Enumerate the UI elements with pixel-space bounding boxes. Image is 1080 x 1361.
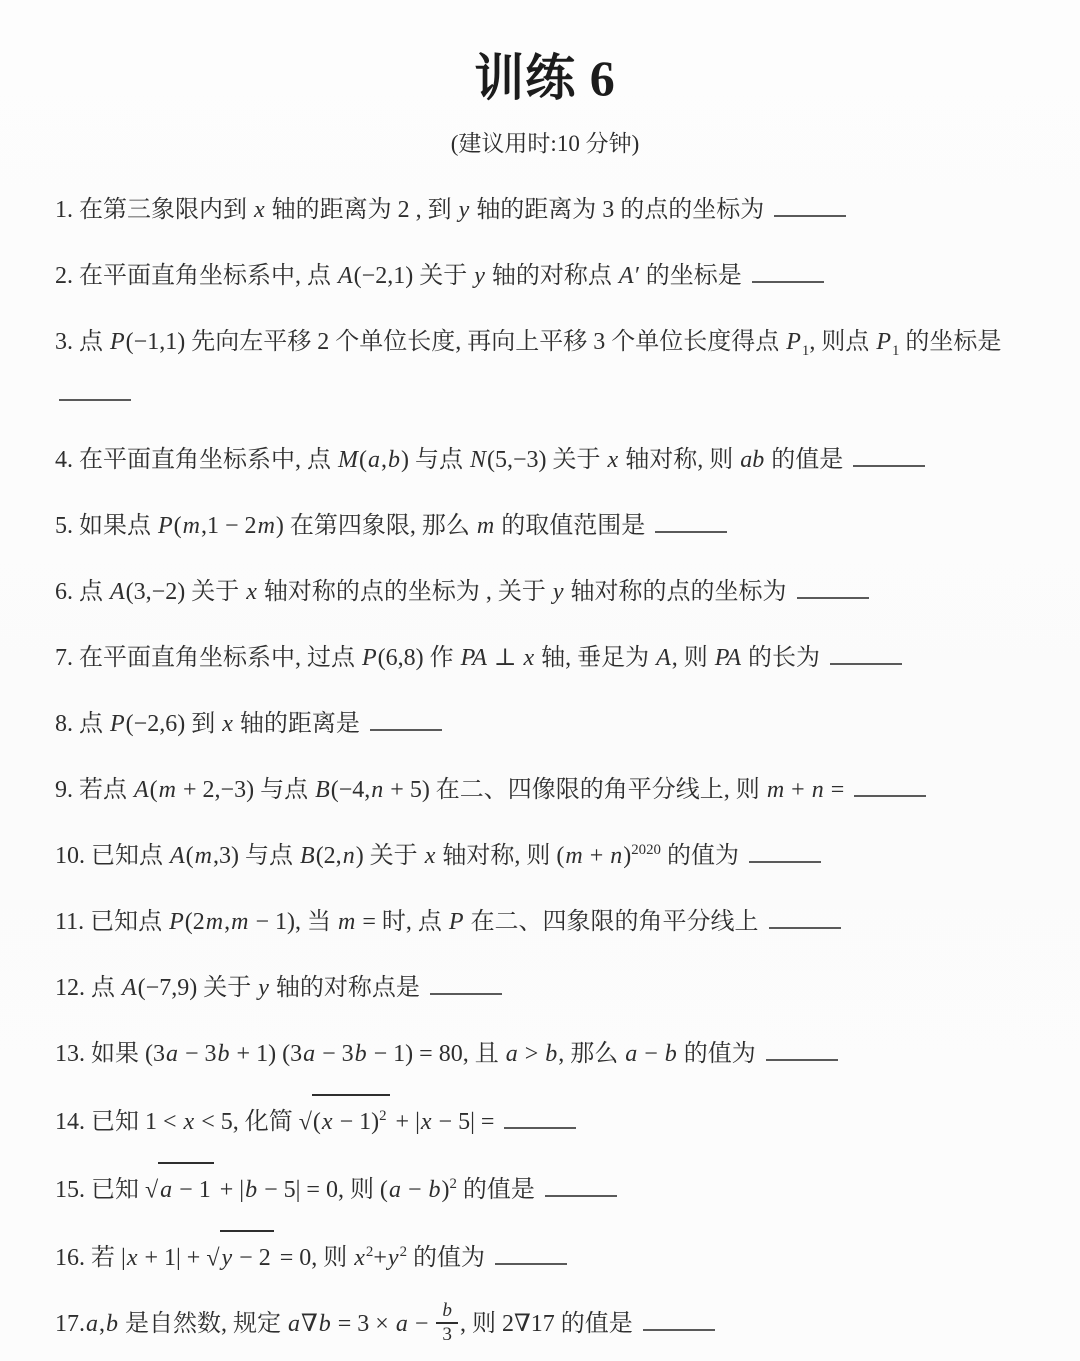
fraction-denominator: 3	[436, 1324, 458, 1346]
math-variable: m	[194, 843, 213, 869]
question-number: 13.	[55, 1041, 91, 1067]
question-item-3: 3. 点 P(−1,1) 先向左平移 2 个单位长度, 再向上平移 3 个单位长…	[55, 316, 1035, 420]
question-text: (−7,9) 关于	[138, 975, 258, 1001]
math-variable: P	[361, 645, 378, 671]
math-variable: PA	[714, 645, 742, 671]
question-text: +	[373, 1245, 387, 1271]
radicand: a − 1	[158, 1162, 214, 1216]
question-number: 5.	[55, 513, 79, 539]
math-variable: n	[370, 777, 384, 803]
answer-blank	[752, 256, 824, 283]
question-text: (6,8) 作	[378, 645, 460, 671]
question-text: (	[150, 777, 158, 803]
question-text: 的值为	[407, 1245, 491, 1271]
question-item-8: 8. 点 P(−2,6) 到 x 轴的距离是	[55, 698, 1035, 750]
answer-blank	[853, 440, 925, 467]
math-variable: a	[624, 1041, 638, 1067]
math-variable: P	[785, 329, 802, 355]
question-text: 在第三象限内到	[79, 197, 253, 223]
question-item-15: 15. 已知 √a − 1 + |b − 5| = 0, 则 (a − b)2 …	[55, 1162, 1035, 1216]
question-text: (5,−3) 关于	[487, 447, 607, 473]
math-variable: y	[257, 975, 270, 1001]
math-variable: a	[395, 1311, 409, 1337]
math-variable: a	[505, 1041, 519, 1067]
question-text: (3,−2) 关于	[126, 579, 246, 605]
question-text: − 3	[316, 1041, 354, 1067]
math-variable: M	[337, 447, 359, 473]
question-number: 9.	[55, 777, 79, 803]
question-text: − 3	[179, 1041, 217, 1067]
math-variable: x	[353, 1245, 366, 1271]
answer-blank	[430, 968, 502, 995]
question-text: (−2,1) 关于	[354, 263, 474, 289]
question-text: 的值为	[661, 843, 745, 869]
math-variable: P	[448, 909, 465, 935]
math-variable: y	[387, 1245, 400, 1271]
superscript: 2	[379, 1108, 386, 1124]
answer-blank	[830, 638, 902, 665]
question-text: (	[313, 1109, 321, 1135]
question-text: 点	[91, 975, 121, 1001]
question-text: (−1,1) 先向左平移 2 个单位长度, 再向上平移 3 个单位长度得点	[126, 329, 786, 355]
math-variable: m	[766, 777, 785, 803]
question-item-12: 12. 点 A(−7,9) 关于 y 轴的对称点是	[55, 962, 1035, 1014]
math-variable: m	[337, 909, 356, 935]
question-text: (2	[185, 909, 205, 935]
worksheet-page: 训练 6 (建议用时:10 分钟) 1. 在第三象限内到 x 轴的距离为 2 ,…	[0, 0, 1080, 1361]
question-text: 的值为	[678, 1041, 762, 1067]
question-text: 轴, 垂足为	[535, 645, 655, 671]
question-text: + 1) (3	[231, 1041, 303, 1067]
question-text: 轴对称, 则 (	[436, 843, 564, 869]
math-variable: N	[469, 447, 487, 473]
math-variable: m	[564, 843, 583, 869]
sqrt-expression: √a − 1	[145, 1162, 214, 1216]
question-text: = 3 ×	[332, 1311, 395, 1337]
question-text: + |	[214, 1177, 244, 1203]
question-number: 7.	[55, 645, 79, 671]
math-variable: x	[245, 579, 258, 605]
question-item-1: 1. 在第三象限内到 x 轴的距离为 2 , 到 y 轴的距离为 3 的点的坐标…	[55, 184, 1035, 236]
question-text: 在二、四象限的角平分线上	[465, 909, 765, 935]
math-variable: A	[133, 777, 150, 803]
question-text: 的取值范围是	[495, 513, 651, 539]
question-text: 的坐标是	[640, 263, 748, 289]
questions-list: 1. 在第三象限内到 x 轴的距离为 2 , 到 y 轴的距离为 3 的点的坐标…	[55, 184, 1035, 1350]
question-item-17: 17.a,b 是自然数, 规定 a∇b = 3 × a − b3, 则 2∇17…	[55, 1298, 1035, 1350]
math-variable: n	[342, 843, 356, 869]
question-text: −	[409, 1311, 435, 1337]
question-text: 是自然数, 规定	[119, 1311, 287, 1337]
question-text: −	[638, 1041, 664, 1067]
math-variable: m	[230, 909, 249, 935]
question-item-9: 9. 若点 A(m + 2,−3) 与点 B(−4,n + 5) 在二、四像限的…	[55, 764, 1035, 816]
answer-blank	[797, 572, 869, 599]
question-text: = 时, 点	[356, 909, 448, 935]
math-variable: x	[424, 843, 437, 869]
question-item-7: 7. 在平面直角坐标系中, 过点 P(6,8) 作 PA ⊥ x 轴, 垂足为 …	[55, 632, 1035, 684]
math-variable: b	[441, 1300, 453, 1321]
math-variable: A	[337, 263, 354, 289]
fraction: b3	[436, 1300, 458, 1346]
question-text: − 1) = 80, 且	[368, 1041, 505, 1067]
math-variable: x	[126, 1245, 139, 1271]
math-variable: y	[221, 1245, 234, 1271]
math-variable: b	[217, 1041, 231, 1067]
question-text: (	[186, 843, 194, 869]
question-number: 4.	[55, 447, 79, 473]
sqrt-expression: √(x − 1)2	[299, 1094, 390, 1148]
question-text: 点	[79, 329, 109, 355]
math-variable: x	[420, 1109, 433, 1135]
question-text: 的坐标是	[899, 329, 1007, 355]
math-variable: A	[655, 645, 672, 671]
question-text: 已知	[91, 1177, 145, 1203]
question-text: >	[519, 1041, 545, 1067]
radical-sign: √	[145, 1165, 158, 1217]
math-variable: a	[367, 447, 381, 473]
math-variable: y	[458, 197, 471, 223]
math-variable: b	[664, 1041, 678, 1067]
math-variable: x	[607, 447, 620, 473]
math-variable: b	[354, 1041, 368, 1067]
question-number: 11.	[55, 909, 90, 935]
math-variable: m	[205, 909, 224, 935]
question-text: (−2,6) 到	[126, 711, 222, 737]
sqrt-expression: √y − 2	[206, 1230, 273, 1284]
question-text: −	[402, 1177, 428, 1203]
question-text: (−4,	[331, 777, 371, 803]
answer-blank	[766, 1034, 838, 1061]
question-number: 17.	[55, 1311, 85, 1337]
math-variable: a	[388, 1177, 402, 1203]
question-number: 14.	[55, 1109, 91, 1135]
page-title: 训练 6	[55, 46, 1035, 111]
question-text: 已知点	[90, 909, 168, 935]
question-text: 轴的对称点是	[270, 975, 426, 1001]
math-variable: A	[109, 579, 126, 605]
answer-blank	[643, 1304, 715, 1331]
math-variable: P	[168, 909, 185, 935]
question-number: 3.	[55, 329, 79, 355]
math-variable: b	[387, 447, 401, 473]
answer-blank	[769, 902, 841, 929]
question-text: − 1)	[334, 1109, 380, 1135]
radicand: (x − 1)2	[312, 1094, 390, 1148]
question-text: =	[825, 777, 851, 803]
math-variable: x	[253, 197, 266, 223]
question-text: , 则点	[809, 329, 875, 355]
question-text: 点	[79, 579, 109, 605]
question-number: 15.	[55, 1177, 91, 1203]
question-text: +	[785, 777, 811, 803]
question-text: 的值是	[457, 1177, 541, 1203]
question-text: ) 关于	[356, 843, 424, 869]
answer-blank	[545, 1170, 617, 1197]
question-text: ,1 − 2	[201, 513, 257, 539]
question-text: − 2	[233, 1245, 271, 1271]
answer-blank	[59, 374, 131, 401]
page-subtitle: (建议用时:10 分钟)	[55, 125, 1035, 158]
math-variable: b	[544, 1041, 558, 1067]
question-text: (2,	[316, 843, 342, 869]
question-text: 若 |	[91, 1245, 126, 1271]
math-variable: a	[85, 1311, 99, 1337]
question-item-13: 13. 如果 (3a − 3b + 1) (3a − 3b − 1) = 80,…	[55, 1028, 1035, 1080]
math-variable: x	[522, 645, 535, 671]
math-variable: B	[299, 843, 316, 869]
question-text: 轴的距离是	[234, 711, 366, 737]
superscript: 2	[400, 1244, 407, 1260]
question-item-10: 10. 已知点 A(m,3) 与点 B(2,n) 关于 x 轴对称, 则 (m …	[55, 830, 1035, 882]
question-text: − 5| = 0, 则 (	[258, 1177, 388, 1203]
math-variable: P	[109, 711, 126, 737]
question-text: 在平面直角坐标系中, 过点	[79, 645, 361, 671]
superscript: 2020	[631, 842, 661, 858]
question-text: 轴对称, 则	[619, 447, 739, 473]
question-text: ,3) 与点	[213, 843, 299, 869]
math-variable: n	[609, 843, 623, 869]
math-variable: m	[158, 777, 177, 803]
math-variable: y	[552, 579, 565, 605]
question-text: 轴的距离为 3 的点的坐标为	[470, 197, 770, 223]
question-text: 点	[79, 711, 109, 737]
math-variable: P	[157, 513, 174, 539]
math-variable: a	[159, 1177, 173, 1203]
question-text: ) 与点	[401, 447, 469, 473]
math-variable: m	[182, 513, 201, 539]
question-number: 12.	[55, 975, 91, 1001]
question-text: 在平面直角坐标系中, 点	[79, 263, 337, 289]
math-variable: b	[244, 1177, 258, 1203]
question-text: ) 在第四象限, 那么	[276, 513, 476, 539]
question-text: , 则	[672, 645, 714, 671]
question-item-4: 4. 在平面直角坐标系中, 点 M(a,b) 与点 N(5,−3) 关于 x 轴…	[55, 434, 1035, 486]
question-item-14: 14. 已知 1 < x < 5, 化简 √(x − 1)2 + |x − 5|…	[55, 1094, 1035, 1148]
math-variable: A	[169, 843, 186, 869]
question-text: , 那么	[558, 1041, 624, 1067]
question-text: 已知 1 <	[91, 1109, 183, 1135]
math-variable: x	[183, 1109, 196, 1135]
question-text: 的长为	[742, 645, 826, 671]
question-text: 的值是	[765, 447, 849, 473]
question-item-6: 6. 点 A(3,−2) 关于 x 轴对称的点的坐标为 , 关于 y 轴对称的点…	[55, 566, 1035, 618]
answer-blank	[854, 770, 926, 797]
math-variable: B	[314, 777, 331, 803]
answer-blank	[495, 1238, 567, 1265]
radicand: y − 2	[220, 1230, 274, 1284]
math-variable: a	[165, 1041, 179, 1067]
math-variable: n	[811, 777, 825, 803]
answer-blank	[504, 1102, 576, 1129]
math-variable: x	[321, 1109, 334, 1135]
question-text: 轴的距离为 2 , 到	[266, 197, 458, 223]
math-variable: y	[473, 263, 486, 289]
answer-blank	[749, 836, 821, 863]
math-variable: ab	[739, 447, 765, 473]
question-text: + |	[390, 1109, 420, 1135]
question-text: < 5, 化简	[195, 1109, 299, 1135]
fraction-numerator: b	[436, 1300, 458, 1324]
question-text: +	[584, 843, 610, 869]
answer-blank	[655, 506, 727, 533]
math-variable: PA	[460, 645, 488, 671]
math-variable: P	[875, 329, 892, 355]
answer-blank	[370, 704, 442, 731]
question-text: 轴的对称点	[486, 263, 618, 289]
question-text: (	[174, 513, 182, 539]
math-variable: A′	[618, 263, 640, 289]
radical-sign: √	[299, 1097, 312, 1149]
question-text: + 2,−3) 与点	[177, 777, 314, 803]
question-text: + 5) 在二、四像限的角平分线上, 则	[384, 777, 766, 803]
question-number: 8.	[55, 711, 79, 737]
math-variable: m	[257, 513, 276, 539]
question-text: 已知点	[91, 843, 169, 869]
math-variable: a	[302, 1041, 316, 1067]
question-text: = 0, 则	[274, 1245, 354, 1271]
math-variable: P	[109, 329, 126, 355]
question-item-5: 5. 如果点 P(m,1 − 2m) 在第四象限, 那么 m 的取值范围是	[55, 500, 1035, 552]
question-text: + 1| +	[138, 1245, 206, 1271]
question-item-16: 16. 若 |x + 1| + √y − 2 = 0, 则 x2+y2 的值为	[55, 1230, 1035, 1284]
question-text: 3	[442, 1324, 452, 1345]
math-variable: b	[427, 1177, 441, 1203]
question-text: 轴对称的点的坐标为	[565, 579, 793, 605]
question-text: 如果点	[79, 513, 157, 539]
math-variable: A	[121, 975, 138, 1001]
question-number: 6.	[55, 579, 79, 605]
question-number: 1.	[55, 197, 79, 223]
question-item-11: 11. 已知点 P(2m,m − 1), 当 m = 时, 点 P 在二、四象限…	[55, 896, 1035, 948]
question-number: 2.	[55, 263, 79, 289]
math-variable: b	[318, 1311, 332, 1337]
math-variable: b	[105, 1311, 119, 1337]
question-text: (	[359, 447, 367, 473]
question-text: − 1), 当	[249, 909, 337, 935]
math-variable: x	[221, 711, 234, 737]
question-item-2: 2. 在平面直角坐标系中, 点 A(−2,1) 关于 y 轴的对称点 A′ 的坐…	[55, 250, 1035, 302]
radical-sign: √	[206, 1233, 219, 1285]
question-text: − 5| =	[433, 1109, 501, 1135]
superscript: 2	[449, 1176, 456, 1192]
question-number: 16.	[55, 1245, 91, 1271]
math-variable: m	[476, 513, 495, 539]
question-text: 轴对称的点的坐标为 , 关于	[258, 579, 552, 605]
question-text: 如果 (3	[91, 1041, 165, 1067]
question-text: 在平面直角坐标系中, 点	[79, 447, 337, 473]
question-text: 若点	[79, 777, 133, 803]
question-text: ∇	[301, 1311, 318, 1337]
math-variable: a	[287, 1311, 301, 1337]
answer-blank	[774, 190, 846, 217]
question-text: ⊥	[488, 645, 523, 671]
question-text: − 1	[173, 1177, 211, 1203]
question-text: , 则 2∇17 的值是	[460, 1311, 639, 1337]
question-number: 10.	[55, 843, 91, 869]
